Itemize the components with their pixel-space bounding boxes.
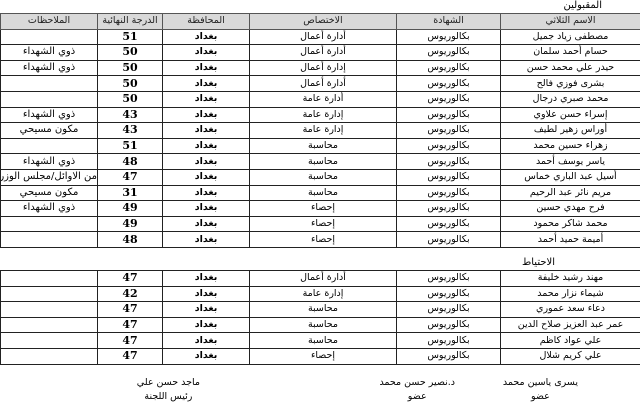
name-cell: أسيل عبد الباري خماس: [501, 169, 640, 185]
table-row: فرح مهدي حسينبكالوريوسإحصاءبغداد49ذوي ال…: [1, 201, 640, 217]
header-name: الاسم الثلاثي: [501, 14, 640, 30]
governorate-cell: بغداد: [163, 60, 250, 76]
governorate-cell: بغداد: [163, 185, 250, 201]
table-row: علي كريم شلالبكالوريوسإحصاءبغداد47: [1, 348, 640, 364]
grade-cell: 49: [98, 216, 163, 232]
table-row: مريم نائر عبد الرحيمبكالوريوسمحاسبةبغداد…: [1, 185, 640, 201]
specialization-cell: أدارة عامة: [250, 91, 397, 107]
governorate-cell: بغداد: [163, 286, 250, 302]
grade-cell: 47: [98, 302, 163, 318]
table-row: حيدر علي محمد حسنبكالوريوسإدارة أعمالبغد…: [1, 60, 640, 76]
notes-cell: [1, 138, 98, 154]
grade-cell: 51: [98, 29, 163, 45]
name-cell: مصطفى زياد جميل: [501, 29, 640, 45]
specialization-cell: محاسبة: [250, 333, 397, 349]
grade-cell: 47: [98, 169, 163, 185]
reserve-rows: مهند رشيد خليفةبكالوريوسأدارة أعمالبغداد…: [1, 271, 640, 365]
table-row: علي عواد كاظمبكالوريوسمحاسبةبغداد47: [1, 333, 640, 349]
notes-cell: مكون مسيحي: [1, 185, 98, 201]
table-row: بشرى فوزي فالحبكالوريوسأدارة أعمالبغداد5…: [1, 76, 640, 92]
governorate-cell: بغداد: [163, 201, 250, 217]
name-cell: أميمة حميد أحمد: [501, 232, 640, 248]
governorate-cell: بغداد: [163, 169, 250, 185]
governorate-cell: بغداد: [163, 333, 250, 349]
specialization-cell: محاسبة: [250, 169, 397, 185]
grade-cell: 43: [98, 107, 163, 123]
header-grade: الدرجة النهائية: [98, 14, 163, 30]
signature-member-1: يسرى ياسين محمد عضو: [503, 376, 578, 404]
governorate-cell: بغداد: [163, 45, 250, 61]
table-row: محمد صبري درجالبكالوريوسأدارة عامةبغداد5…: [1, 91, 640, 107]
degree-cell: بكالوريوس: [397, 76, 501, 92]
accepted-title: المقبولين: [563, 0, 602, 11]
degree-cell: بكالوريوس: [397, 333, 501, 349]
degree-cell: بكالوريوس: [397, 201, 501, 217]
name-cell: مهند رشيد خليفة: [501, 271, 640, 287]
signature-name: د.نصير حسن محمد: [379, 376, 455, 390]
degree-cell: بكالوريوس: [397, 286, 501, 302]
notes-cell: ذوي الشهداء: [1, 154, 98, 170]
name-cell: مريم نائر عبد الرحيم: [501, 185, 640, 201]
degree-cell: بكالوريوس: [397, 317, 501, 333]
governorate-cell: بغداد: [163, 138, 250, 154]
governorate-cell: بغداد: [163, 302, 250, 318]
degree-cell: بكالوريوس: [397, 107, 501, 123]
name-cell: إسراء حسن علاوي: [501, 107, 640, 123]
notes-cell: ذوي الشهداء: [1, 107, 98, 123]
table-row: عمر عبد العزيز صلاح الدينبكالوريوسمحاسبة…: [1, 317, 640, 333]
degree-cell: بكالوريوس: [397, 45, 501, 61]
specialization-cell: محاسبة: [250, 138, 397, 154]
name-cell: محمد شاكر محمود: [501, 216, 640, 232]
governorate-cell: بغداد: [163, 348, 250, 364]
table-row: دعاء سعد عموريبكالوريوسمحاسبةبغداد47: [1, 302, 640, 318]
specialization-cell: إدارة عامة: [250, 107, 397, 123]
table-row: أسيل عبد الباري خماسبكالوريوسمحاسبةبغداد…: [1, 169, 640, 185]
name-cell: حيدر علي محمد حسن: [501, 60, 640, 76]
grade-cell: 50: [98, 91, 163, 107]
specialization-cell: إدارة عامة: [250, 286, 397, 302]
grade-cell: 42: [98, 286, 163, 302]
signature-member-2: د.نصير حسن محمد عضو: [379, 376, 455, 404]
notes-cell: [1, 76, 98, 92]
table-header-row: الاسم الثلاثي الشهادة الاختصاص المحافظة …: [1, 14, 640, 30]
notes-cell: ذوي الشهداء: [1, 45, 98, 61]
grade-cell: 48: [98, 232, 163, 248]
notes-cell: من الاوائل/مجلس الوزراء: [1, 169, 98, 185]
signature-role: عضو: [503, 390, 578, 404]
name-cell: دعاء سعد عموري: [501, 302, 640, 318]
governorate-cell: بغداد: [163, 76, 250, 92]
notes-cell: [1, 29, 98, 45]
table-row: ياسر يوسف أحمدبكالوريوسمحاسبةبغداد48ذوي …: [1, 154, 640, 170]
grade-cell: 50: [98, 45, 163, 61]
notes-cell: [1, 286, 98, 302]
specialization-cell: محاسبة: [250, 317, 397, 333]
notes-cell: [1, 91, 98, 107]
grade-cell: 43: [98, 123, 163, 139]
notes-cell: ذوي الشهداء: [1, 60, 98, 76]
degree-cell: بكالوريوس: [397, 216, 501, 232]
governorate-cell: بغداد: [163, 216, 250, 232]
degree-cell: بكالوريوس: [397, 123, 501, 139]
table-row: إسراء حسن علاويبكالوريوسإدارة عامةبغداد4…: [1, 107, 640, 123]
grade-cell: 51: [98, 138, 163, 154]
governorate-cell: بغداد: [163, 107, 250, 123]
degree-cell: بكالوريوس: [397, 185, 501, 201]
grade-cell: 47: [98, 333, 163, 349]
table-row: أميمة حميد أحمدبكالوريوسإحصاءبغداد48: [1, 232, 640, 248]
notes-cell: [1, 302, 98, 318]
table-row: مهند رشيد خليفةبكالوريوسأدارة أعمالبغداد…: [1, 271, 640, 287]
name-cell: عمر عبد العزيز صلاح الدين: [501, 317, 640, 333]
name-cell: ياسر يوسف أحمد: [501, 154, 640, 170]
table-row: أوراس زهير لطيفبكالوريوسإدارة عامةبغداد4…: [1, 123, 640, 139]
degree-cell: بكالوريوس: [397, 29, 501, 45]
signature-name: ماجد حسن علي: [137, 376, 200, 390]
grade-cell: 47: [98, 348, 163, 364]
grade-cell: 48: [98, 154, 163, 170]
governorate-cell: بغداد: [163, 154, 250, 170]
header-notes: الملاحظات: [1, 14, 98, 30]
table-row: شيماء نزار محمدبكالوريوسإدارة عامةبغداد4…: [1, 286, 640, 302]
governorate-cell: بغداد: [163, 29, 250, 45]
signature-role: عضو: [379, 390, 455, 404]
grade-cell: 49: [98, 201, 163, 217]
notes-cell: مكون مسيحي: [1, 123, 98, 139]
specialization-cell: إدارة أعمال: [250, 60, 397, 76]
name-cell: بشرى فوزي فالح: [501, 76, 640, 92]
grade-cell: 50: [98, 76, 163, 92]
specialization-cell: إحصاء: [250, 201, 397, 217]
degree-cell: بكالوريوس: [397, 60, 501, 76]
accepted-table: الاسم الثلاثي الشهادة الاختصاص المحافظة …: [0, 13, 640, 248]
degree-cell: بكالوريوس: [397, 348, 501, 364]
header-specialization: الاختصاص: [250, 14, 397, 30]
degree-cell: بكالوريوس: [397, 169, 501, 185]
specialization-cell: إحصاء: [250, 232, 397, 248]
name-cell: شيماء نزار محمد: [501, 286, 640, 302]
table-row: مصطفى زياد جميلبكالوريوسأدارة أعمالبغداد…: [1, 29, 640, 45]
degree-cell: بكالوريوس: [397, 271, 501, 287]
notes-cell: [1, 271, 98, 287]
notes-cell: [1, 232, 98, 248]
governorate-cell: بغداد: [163, 123, 250, 139]
notes-cell: [1, 348, 98, 364]
name-cell: أوراس زهير لطيف: [501, 123, 640, 139]
name-cell: علي عواد كاظم: [501, 333, 640, 349]
grade-cell: 31: [98, 185, 163, 201]
table-row: زهراء حسين محمدبكالوريوسمحاسبةبغداد51: [1, 138, 640, 154]
governorate-cell: بغداد: [163, 271, 250, 287]
specialization-cell: محاسبة: [250, 154, 397, 170]
signature-committee-head: ماجد حسن علي رئيس اللجنة: [137, 376, 200, 404]
specialization-cell: محاسبة: [250, 185, 397, 201]
table-row: محمد شاكر محمودبكالوريوسإحصاءبغداد49: [1, 216, 640, 232]
grade-cell: 50: [98, 60, 163, 76]
degree-cell: بكالوريوس: [397, 232, 501, 248]
signature-name: يسرى ياسين محمد: [503, 376, 578, 390]
degree-cell: بكالوريوس: [397, 302, 501, 318]
governorate-cell: بغداد: [163, 317, 250, 333]
governorate-cell: بغداد: [163, 91, 250, 107]
grade-cell: 47: [98, 317, 163, 333]
name-cell: فرح مهدي حسين: [501, 201, 640, 217]
specialization-cell: محاسبة: [250, 302, 397, 318]
header-governorate: المحافظة: [163, 14, 250, 30]
specialization-cell: إحصاء: [250, 348, 397, 364]
specialization-cell: أدارة أعمال: [250, 271, 397, 287]
name-cell: زهراء حسين محمد: [501, 138, 640, 154]
table-row: حسام أحمد سلمانبكالوريوسأدارة أعمالبغداد…: [1, 45, 640, 61]
notes-cell: ذوي الشهداء: [1, 201, 98, 217]
specialization-cell: إحصاء: [250, 216, 397, 232]
name-cell: حسام أحمد سلمان: [501, 45, 640, 61]
degree-cell: بكالوريوس: [397, 154, 501, 170]
specialization-cell: أدارة أعمال: [250, 29, 397, 45]
signature-role: رئيس اللجنة: [137, 390, 200, 404]
name-cell: محمد صبري درجال: [501, 91, 640, 107]
specialization-cell: أدارة أعمال: [250, 45, 397, 61]
notes-cell: [1, 317, 98, 333]
notes-cell: [1, 333, 98, 349]
notes-cell: [1, 216, 98, 232]
degree-cell: بكالوريوس: [397, 138, 501, 154]
specialization-cell: أدارة أعمال: [250, 76, 397, 92]
degree-cell: بكالوريوس: [397, 91, 501, 107]
governorate-cell: بغداد: [163, 232, 250, 248]
reserve-title: الاحتياط: [522, 257, 555, 268]
accepted-rows: مصطفى زياد جميلبكالوريوسأدارة أعمالبغداد…: [1, 29, 640, 247]
grade-cell: 47: [98, 271, 163, 287]
name-cell: علي كريم شلال: [501, 348, 640, 364]
reserve-table: مهند رشيد خليفةبكالوريوسأدارة أعمالبغداد…: [0, 270, 640, 365]
header-degree: الشهادة: [397, 14, 501, 30]
specialization-cell: إدارة عامة: [250, 123, 397, 139]
